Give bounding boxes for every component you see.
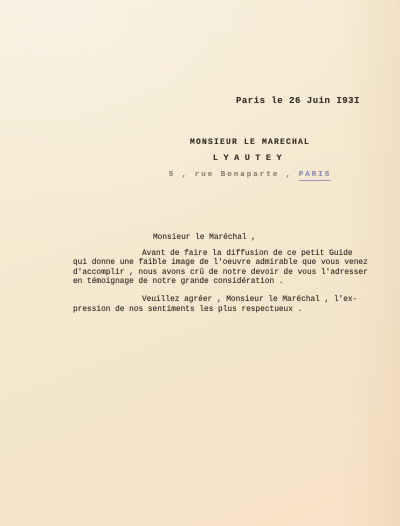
salutation-line: Monsieur le Maréchal , [73, 234, 375, 244]
closing-line: pression de nos sentiments les plus resp… [73, 306, 375, 316]
recipient-title: MONSIEUR LE MARECHAL [100, 138, 400, 147]
recipient-city-stamp: PARIS [299, 171, 332, 181]
paragraph: Avant de faire la diffusion de ce petit … [73, 250, 375, 288]
recipient-street: 5 , rue Bonaparte , [169, 171, 293, 179]
recipient-address-line: 5 , rue Bonaparte , PARIS [100, 171, 400, 179]
recipient-name: LYAUTEY [100, 153, 400, 163]
paragraph-line: Avant de faire la diffusion de ce petit … [73, 250, 375, 260]
letter-page: Paris le 26 Juin I93I MONSIEUR LE MARECH… [0, 0, 400, 526]
closing-line: Veuillez agréer , Monsieur le Maréchal ,… [73, 296, 375, 306]
recipient-block: MONSIEUR LE MARECHAL LYAUTEY 5 , rue Bon… [100, 138, 400, 179]
closing-formula: Veuillez agréer , Monsieur le Maréchal ,… [73, 296, 375, 315]
paragraph-line: en témoignage de notre grande considérat… [73, 278, 375, 288]
address-separator [292, 171, 299, 179]
paragraph-line: qui donne une faible image de l'oeuvre a… [73, 259, 375, 269]
paragraph-line: d'accomplir , nous avons crû de notre de… [73, 269, 375, 279]
dateline: Paris le 26 Juin I93I [236, 96, 360, 106]
letter-body: Monsieur le Maréchal , Avant de faire la… [73, 234, 375, 315]
